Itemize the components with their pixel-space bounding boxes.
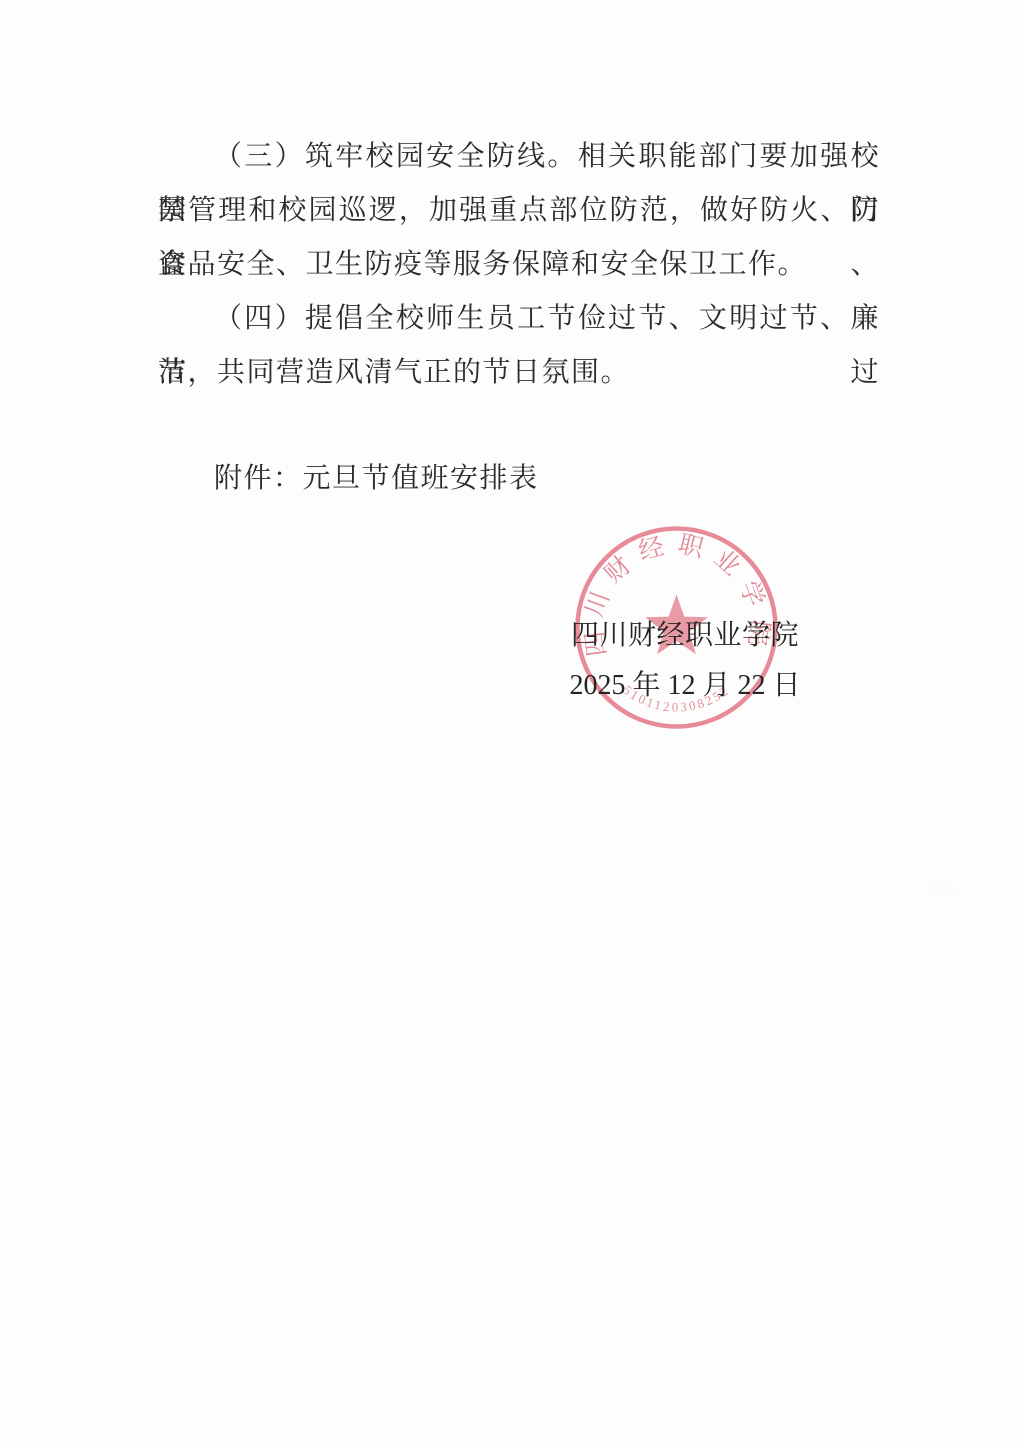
document-line: （三）筑牢校园安全防线。相关职能部门要加强校园门 [158, 130, 880, 184]
signature-name: 四川财经职业学院 [540, 619, 830, 653]
document-line: 禁管理和校园巡逻，加强重点部位防范，做好防火、防盗、 [158, 184, 880, 238]
document-line: （四）提倡全校师生员工节俭过节、文明过节、廉洁过 [158, 292, 880, 346]
document-line: 食品安全、卫生防疫等服务保障和安全保卫工作。 [158, 238, 880, 292]
scan-smudge [928, 883, 958, 897]
attachment-line: 附件：元旦节值班安排表 [158, 452, 880, 506]
document-body: （三）筑牢校园安全防线。相关职能部门要加强校园门禁管理和校园巡逻，加强重点部位防… [158, 130, 880, 400]
document-page: （三）筑牢校园安全防线。相关职能部门要加强校园门禁管理和校园巡逻，加强重点部位防… [0, 0, 1024, 1448]
signature-date: 2025 年 12 月 22 日 [540, 669, 830, 703]
